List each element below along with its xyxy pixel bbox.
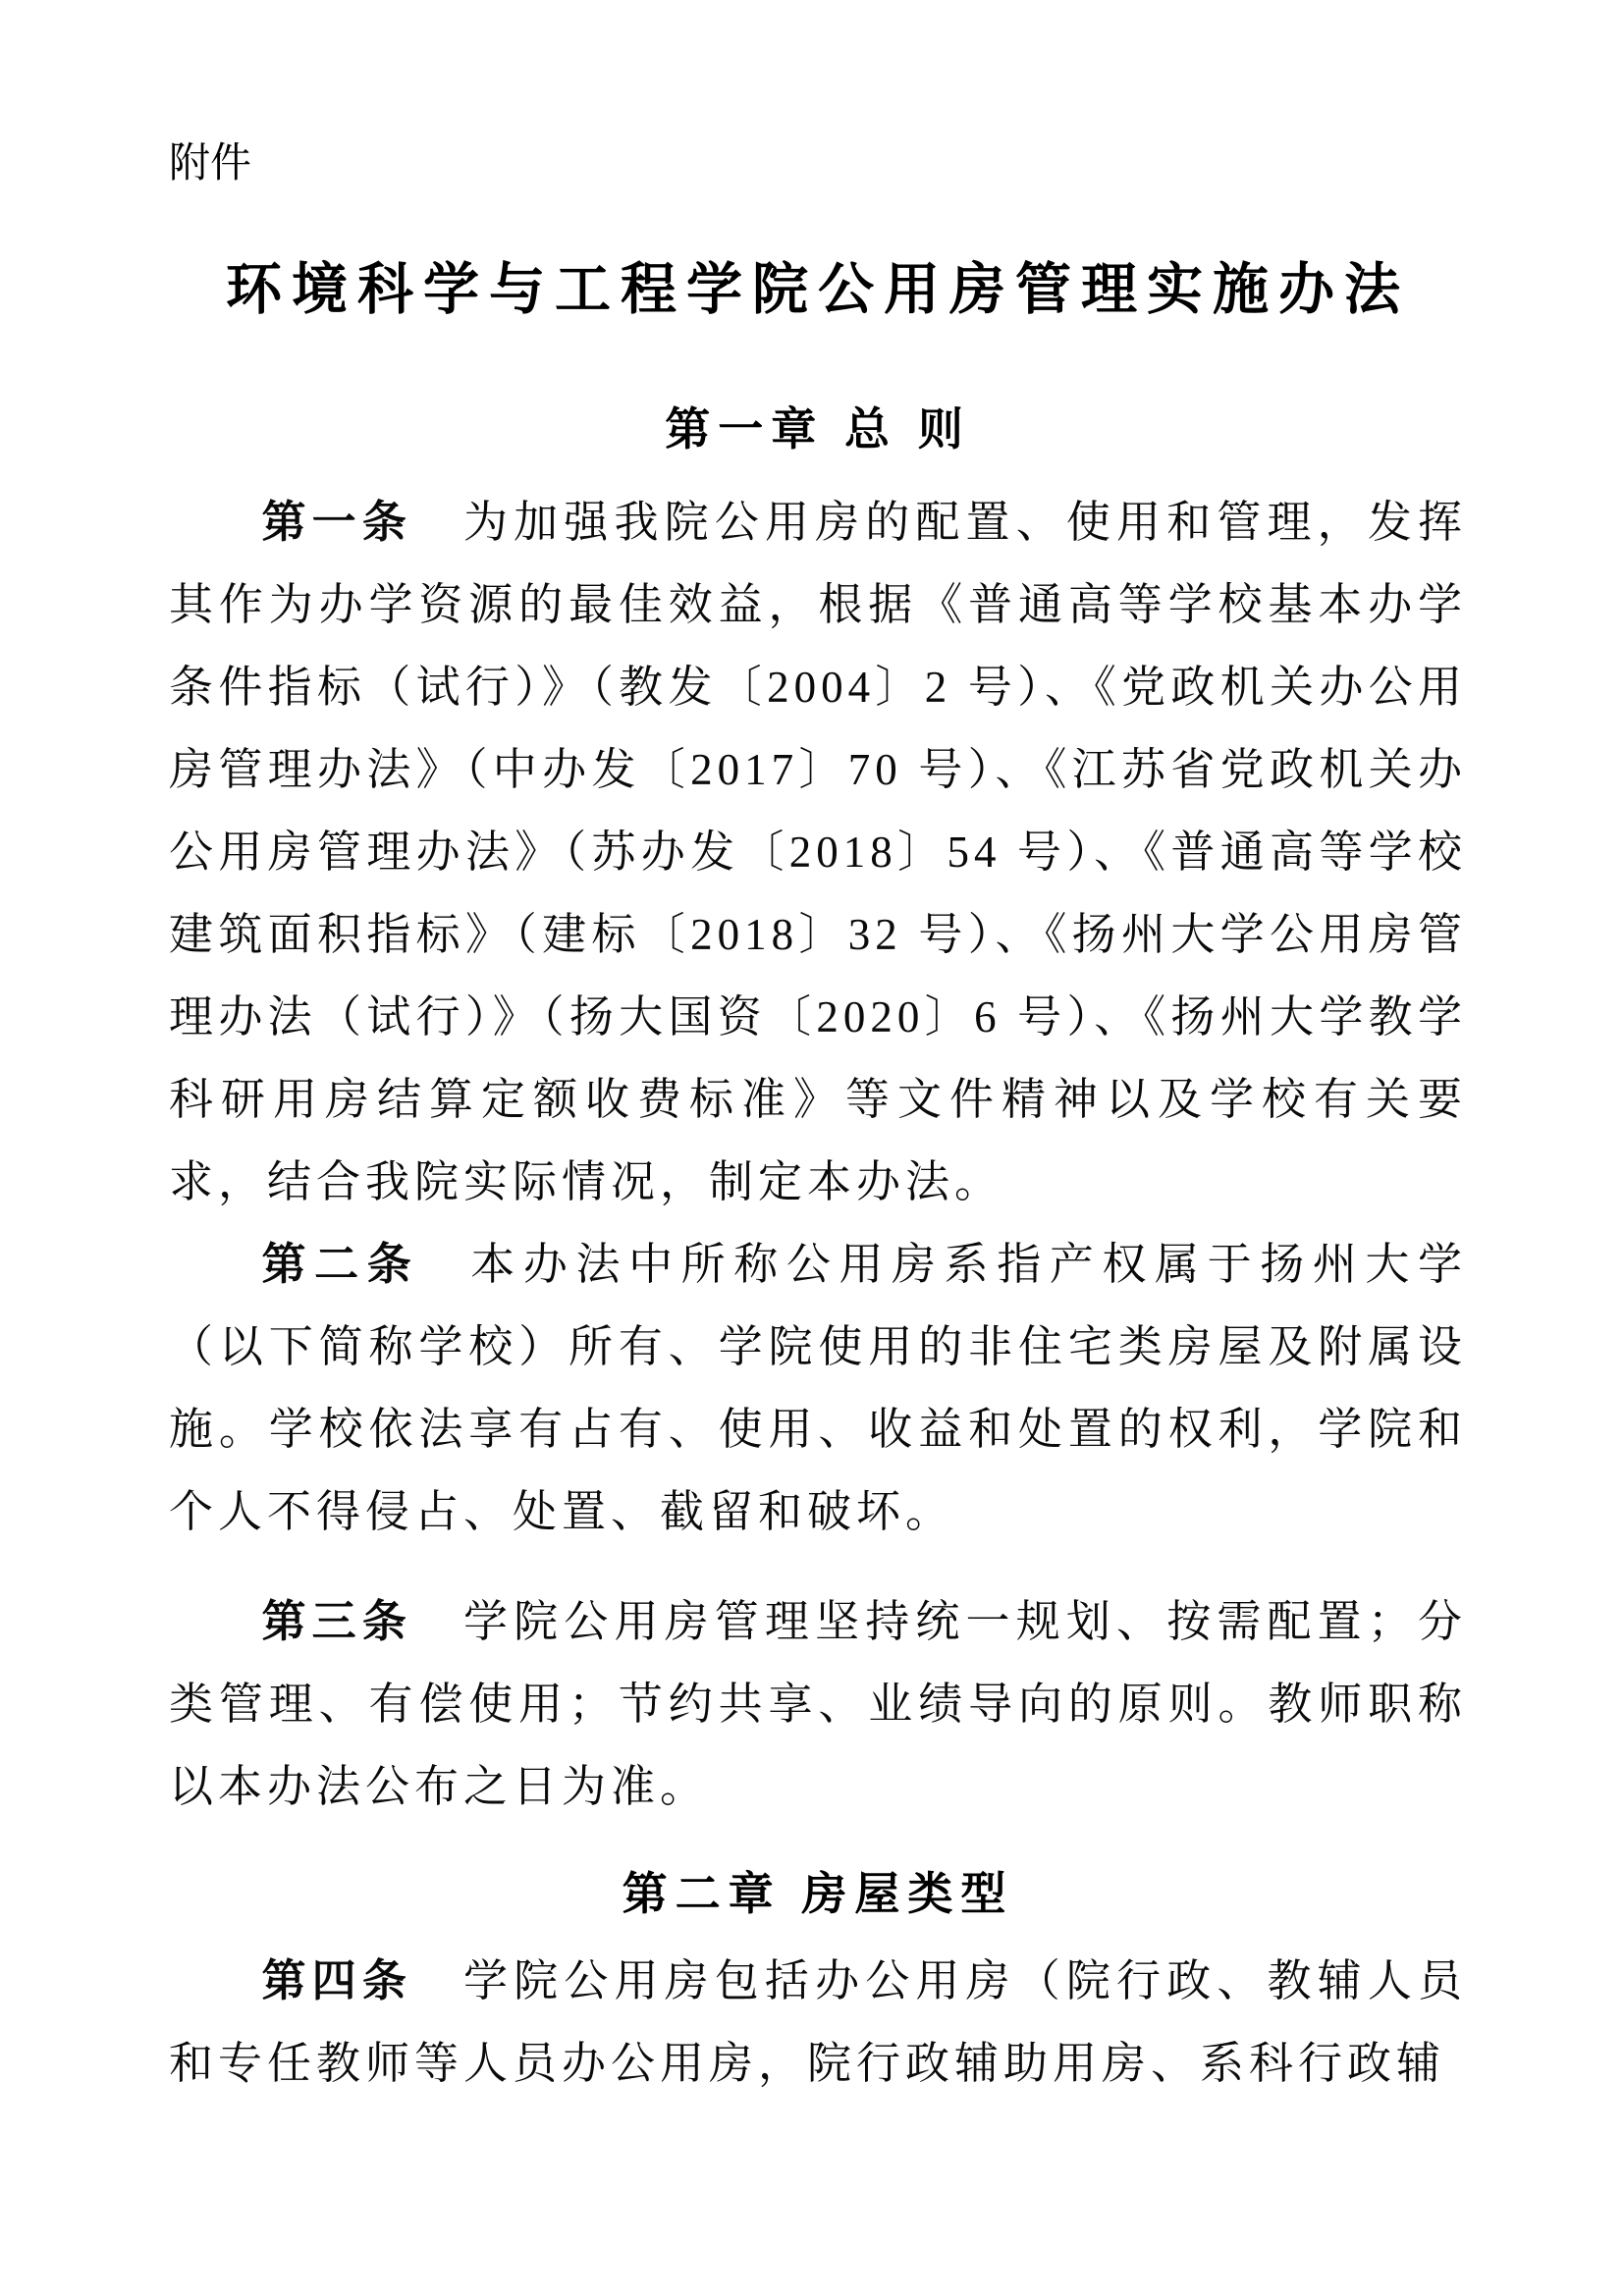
article-1-label: 第一条	[262, 498, 463, 547]
article-2: 第二条本办法中所称公用房系指产权属于扬州大学（以下简称学校）所有、学院使用的非住…	[169, 1223, 1467, 1553]
document-page: 附件 环境科学与工程学院公用房管理实施办法 第一章 总 则 第一条为加强我院公用…	[0, 0, 1624, 2296]
article-3: 第三条学院公用房管理坚持统一规划、按需配置；分类管理、有偿使用；节约共享、业绩导…	[169, 1580, 1467, 1828]
article-4-label: 第四条	[262, 1956, 463, 2005]
article-4: 第四条学院公用房包括办公用房（院行政、教辅人员和专任教师等人员办公用房，院行政辅…	[169, 1940, 1467, 2105]
article-1: 第一条为加强我院公用房的配置、使用和管理，发挥其作为办学资源的最佳效益，根据《普…	[169, 481, 1467, 1223]
document-title: 环境科学与工程学院公用房管理实施办法	[169, 257, 1467, 322]
chapter-1-heading: 第一章 总 则	[169, 402, 1467, 455]
article-2-label: 第二条	[262, 1240, 471, 1289]
article-3-label: 第三条	[262, 1597, 463, 1646]
attachment-label: 附件	[169, 137, 1467, 188]
article-1-text: 为加强我院公用房的配置、使用和管理，发挥其作为办学资源的最佳效益，根据《普通高等…	[169, 498, 1467, 1206]
chapter-2-heading: 第二章 房屋类型	[169, 1867, 1467, 1920]
